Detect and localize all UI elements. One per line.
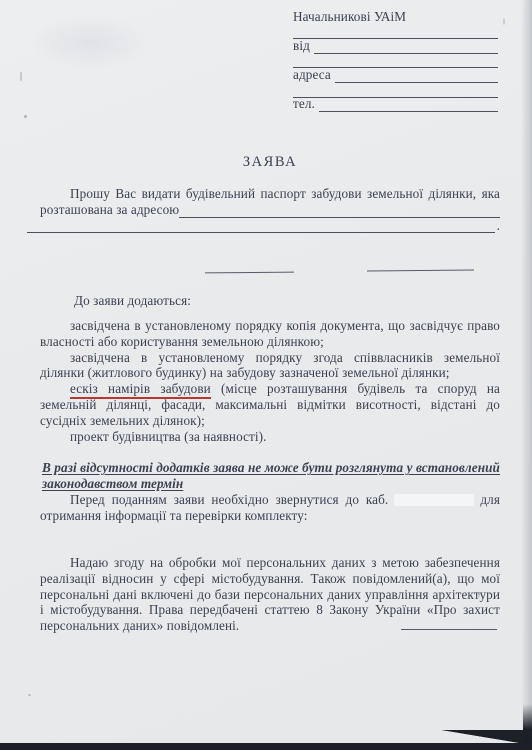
attachment-item-1: засвідчена в установленому порядку копія…: [40, 318, 500, 350]
legal-notice: В разі відсутності додатків заява не мож…: [42, 460, 500, 492]
request-line-3: .: [27, 218, 500, 234]
phone-row: тел.: [293, 98, 498, 113]
address-prefix-text: розташована за адресою: [40, 202, 179, 218]
scan-smudge: [30, 15, 150, 70]
attachment-item-4: проект будівництва (за наявності).: [40, 429, 500, 445]
visit-note: Перед поданням заяви необхідно звернутис…: [40, 492, 500, 524]
attachments-list: засвідчена в установленому порядку копія…: [40, 318, 500, 444]
scan-speck: [28, 694, 31, 696]
blank-line-row: [293, 83, 498, 98]
addressee-block: Начальникові УАіМ від адреса тел.: [293, 10, 498, 112]
document-title: ЗАЯВА: [40, 155, 500, 171]
addressee-text: Начальникові УАіМ: [293, 9, 410, 25]
visit-note-before: Перед поданням заяви необхідно звернутис…: [70, 492, 388, 507]
request-paragraph: Прошу Вас видати будівельний паспорт заб…: [40, 186, 500, 233]
blank-line: [293, 24, 498, 40]
address-blank-line: [335, 67, 498, 83]
trailing-period: .: [495, 218, 500, 234]
date-blank-line: [205, 271, 294, 274]
attachments-heading: До заяви додаються:: [40, 293, 191, 309]
from-blank-line: [314, 38, 498, 54]
blank-line: [293, 53, 498, 69]
from-label: від: [293, 38, 314, 54]
scan-speck: [478, 592, 480, 598]
attachment-item-3: ескіз намірів забудови (місце розташуван…: [40, 381, 500, 428]
request-line-1: Прошу Вас видати будівельний паспорт заб…: [40, 186, 500, 202]
scan-speck: [503, 18, 505, 25]
phone-blank-line: [319, 97, 498, 113]
blank-line-row: [293, 25, 498, 40]
scan-speck: [24, 115, 27, 118]
request-line-2: розташована за адресою: [40, 202, 500, 218]
signature-blank-line: [367, 269, 474, 272]
phone-label: тел.: [293, 96, 319, 112]
scanned-application-document: Начальникові УАіМ від адреса тел.: [0, 0, 532, 750]
from-row: від: [293, 39, 498, 54]
consent-paragraph: Надаю згоду на обробки мої персональних …: [40, 555, 500, 634]
scan-speck: [20, 72, 22, 81]
address-blank-line-2: [27, 217, 495, 234]
address-blank-line: [179, 201, 500, 218]
blank-line: [293, 82, 498, 98]
scan-right-edge: [521, 0, 532, 750]
attachment-item-2: засвідчена в установленому порядку згода…: [40, 350, 500, 382]
address-label: адреса: [293, 67, 335, 83]
addressee-row: Начальникові УАіМ: [293, 10, 498, 25]
address-row: адреса: [293, 68, 498, 83]
scan-bottom-edge: [0, 743, 532, 750]
bottom-signature-line: [401, 628, 497, 630]
blank-line-row: [293, 54, 498, 69]
redacted-cabinet-number: [394, 494, 474, 506]
